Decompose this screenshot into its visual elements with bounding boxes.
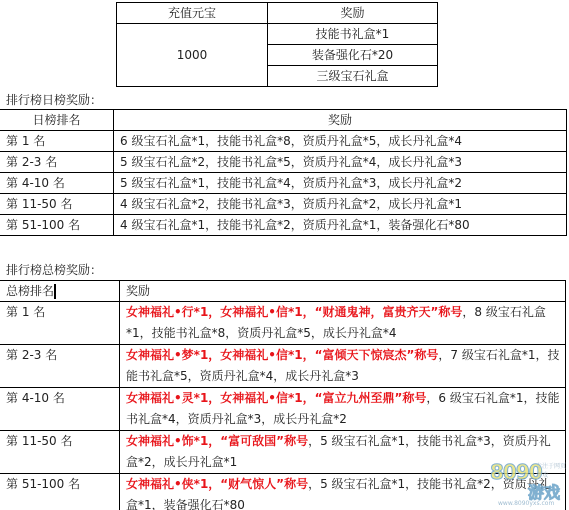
reward-cell: 女神福礼•梦*1，女神福礼•信*1，“富倾天下惊宸杰”称号，7 级宝石礼盒*1，…	[120, 345, 566, 388]
rank-cell: 第 4-10 名	[0, 173, 114, 194]
table-row: 第 4-10 名 女神福礼•灵*1，女神福礼•信*1，“富立九州至鼎”称号，6 …	[0, 388, 566, 431]
table-row: 第 11-50 名 女神福礼•饰*1，“富可敌国”称号，5 级宝石礼盒*1，技能…	[0, 431, 566, 474]
total-ranking-heading: 排行榜总榜奖励：	[6, 262, 102, 278]
recharge-reward-table: 充值元宝 奖励 1000 技能书礼盒*1 装备强化石*20 三级宝石礼盒	[116, 2, 438, 87]
header-daily-rank: 日榜排名	[0, 110, 114, 131]
reward-highlight: 女神福礼•侠*1，“财气惊人”称号	[126, 477, 308, 491]
recharge-reward-item: 装备强化石*20	[268, 45, 438, 66]
daily-ranking-heading: 排行榜日榜奖励：	[6, 92, 102, 108]
header-reward: 奖励	[114, 110, 567, 131]
reward-highlight: 女神福礼•饰*1，“富可敌国”称号	[126, 434, 308, 448]
reward-cell: 女神福礼•饰*1，“富可敌国”称号，5 级宝石礼盒*1，技能书礼盒*3，资质丹礼…	[120, 431, 566, 474]
header-reward: 奖励	[120, 281, 566, 302]
header-total-rank: 总榜排名	[0, 281, 120, 302]
reward-highlight: 女神福礼•灵*1，女神福礼•信*1，“富立九州至鼎”称号	[126, 391, 426, 405]
reward-highlight: 女神福礼•行*1，女神福礼•信*1，“财通鬼神，富贵齐天”称号	[126, 305, 462, 319]
daily-header-row: 日榜排名 奖励	[0, 110, 567, 131]
reward-cell: 女神福礼•灵*1，女神福礼•信*1，“富立九州至鼎”称号，6 级宝石礼盒*1，技…	[120, 388, 566, 431]
recharge-row: 1000 技能书礼盒*1	[117, 24, 438, 45]
table-row: 第 51-100 名 女神福礼•侠*1，“财气惊人”称号，5 级宝石礼盒*1，技…	[0, 474, 566, 510]
reward-cell: 5 级宝石礼盒*1，技能书礼盒*4，资质丹礼盒*3，成长丹礼盒*2	[114, 173, 567, 194]
table-row: 第 2-3 名 女神福礼•梦*1，女神福礼•信*1，“富倾天下惊宸杰”称号，7 …	[0, 345, 566, 388]
table-row: 第 1 名 女神福礼•行*1，女神福礼•信*1，“财通鬼神，富贵齐天”称号，8 …	[0, 302, 566, 345]
rank-cell: 第 1 名	[0, 131, 114, 152]
total-header-row: 总榜排名 奖励	[0, 281, 566, 302]
rank-cell: 第 2-3 名	[0, 152, 114, 173]
daily-ranking-table: 日榜排名 奖励 第 1 名 6 级宝石礼盒*1，技能书礼盒*8，资质丹礼盒*5，…	[0, 109, 567, 236]
rank-cell: 第 1 名	[0, 302, 120, 345]
table-row: 第 2-3 名 5 级宝石礼盒*2，技能书礼盒*5，资质丹礼盒*4，成长丹礼盒*…	[0, 152, 567, 173]
recharge-reward-item: 技能书礼盒*1	[268, 24, 438, 45]
table-row: 第 11-50 名 4 级宝石礼盒*2，技能书礼盒*3，资质丹礼盒*2，成长丹礼…	[0, 194, 567, 215]
rank-cell: 第 2-3 名	[0, 345, 120, 388]
recharge-reward-item: 三级宝石礼盒	[268, 66, 438, 87]
reward-cell: 女神福礼•侠*1，“财气惊人”称号，5 级宝石礼盒*1，技能书礼盒*2，资质丹礼…	[120, 474, 566, 510]
header-reward: 奖励	[268, 3, 438, 24]
rank-cell: 第 11-50 名	[0, 194, 114, 215]
rank-cell: 第 4-10 名	[0, 388, 120, 431]
recharge-header-row: 充值元宝 奖励	[117, 3, 438, 24]
text-cursor	[54, 284, 56, 299]
reward-cell: 4 级宝石礼盒*1，技能书礼盒*2，资质丹礼盒*1，装备强化石*80	[114, 215, 567, 236]
reward-cell: 5 级宝石礼盒*2，技能书礼盒*5，资质丹礼盒*4，成长丹礼盒*3	[114, 152, 567, 173]
rank-cell: 第 51-100 名	[0, 215, 114, 236]
header-total-rank-label: 总榜排名	[6, 284, 54, 298]
reward-cell: 6 级宝石礼盒*1，技能书礼盒*8，资质丹礼盒*5，成长丹礼盒*4	[114, 131, 567, 152]
total-ranking-table: 总榜排名 奖励 第 1 名 女神福礼•行*1，女神福礼•信*1，“财通鬼神，富贵…	[0, 280, 566, 510]
table-row: 第 4-10 名 5 级宝石礼盒*1，技能书礼盒*4，资质丹礼盒*3，成长丹礼盒…	[0, 173, 567, 194]
table-row: 第 1 名 6 级宝石礼盒*1，技能书礼盒*8，资质丹礼盒*5，成长丹礼盒*4	[0, 131, 567, 152]
rank-cell: 第 51-100 名	[0, 474, 120, 510]
recharge-amount: 1000	[117, 24, 268, 87]
rank-cell: 第 11-50 名	[0, 431, 120, 474]
reward-cell: 女神福礼•行*1，女神福礼•信*1，“财通鬼神，富贵齐天”称号，8 级宝石礼盒*…	[120, 302, 566, 345]
table-row: 第 51-100 名 4 级宝石礼盒*1，技能书礼盒*2，资质丹礼盒*1，装备强…	[0, 215, 567, 236]
reward-highlight: 女神福礼•梦*1，女神福礼•信*1，“富倾天下惊宸杰”称号	[126, 348, 438, 362]
reward-cell: 4 级宝石礼盒*2，技能书礼盒*3，资质丹礼盒*2，成长丹礼盒*1	[114, 194, 567, 215]
header-recharge-amount: 充值元宝	[117, 3, 268, 24]
